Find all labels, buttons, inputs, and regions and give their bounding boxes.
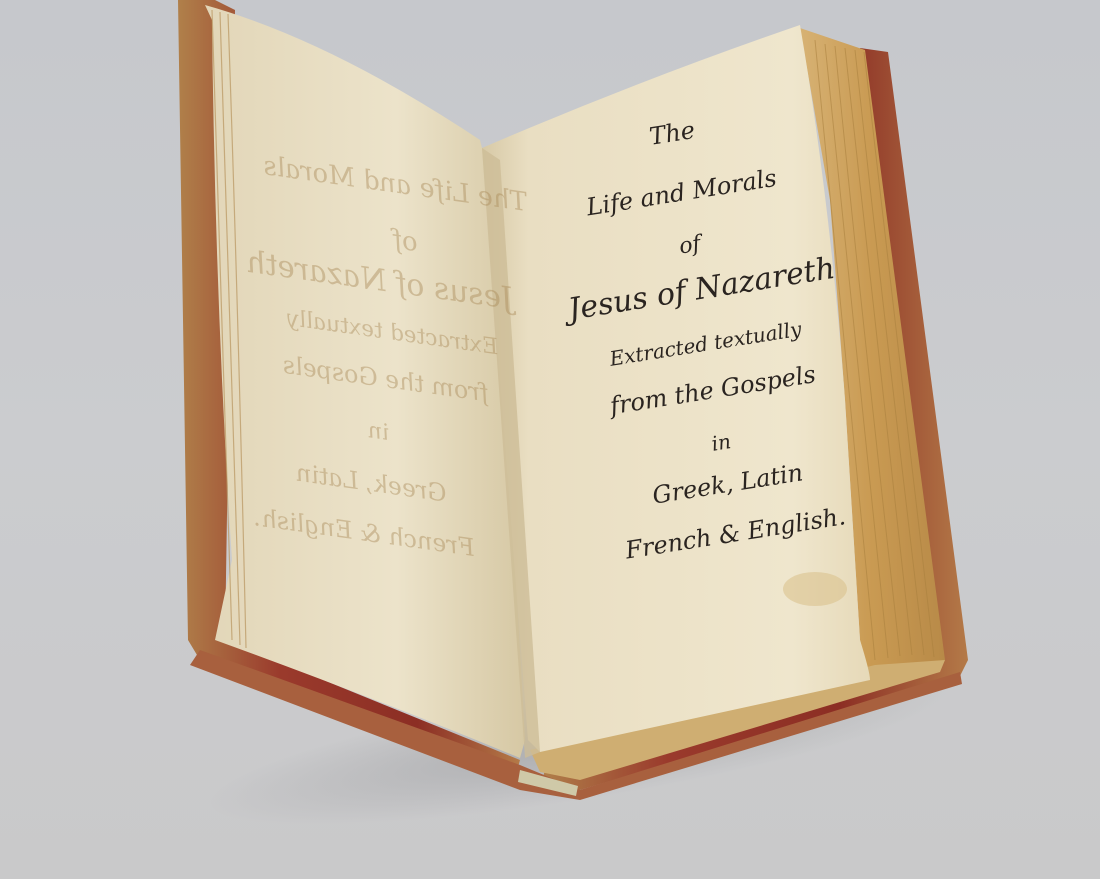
- page-stain: [783, 572, 847, 606]
- photo-stage: The Life and Morals of Jesus of Nazareth…: [0, 0, 1100, 879]
- bleed-line: French & English.: [248, 503, 480, 563]
- title-line: Life and Morals: [551, 158, 812, 226]
- bleed-line: in: [263, 404, 494, 461]
- bleed-line: from the Gospels: [270, 349, 502, 409]
- bleed-line: Greek, Latin: [255, 453, 487, 513]
- bleed-line: Extracted textually: [277, 305, 508, 362]
